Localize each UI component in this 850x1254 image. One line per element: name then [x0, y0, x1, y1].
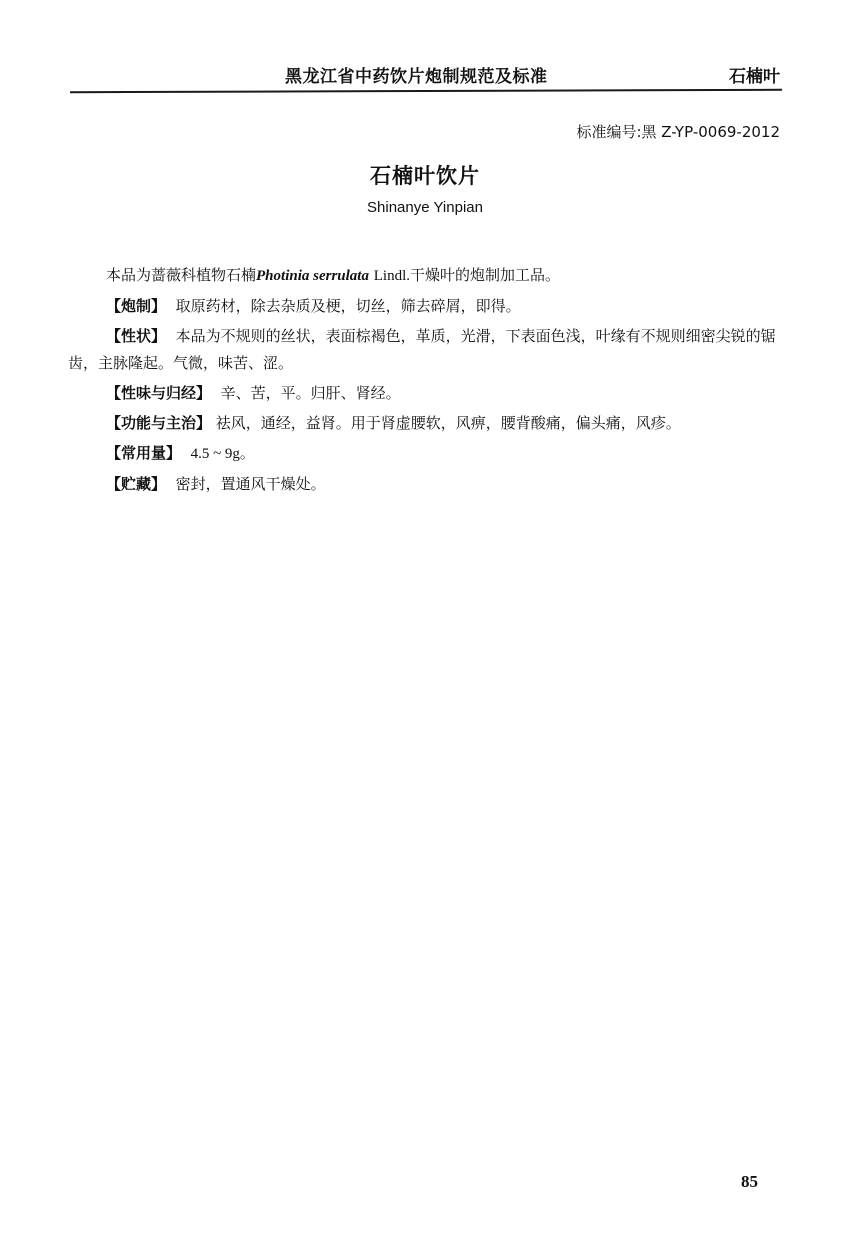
- section-dosage: 【常用量】 4.5 ~ 9g。: [68, 440, 784, 468]
- section-label: 【性状】: [106, 327, 166, 345]
- section-label: 【炮制】: [106, 297, 166, 315]
- monograph-body: 本品为蔷薇科植物石楠Photinia serrulata Lindl.干燥叶的炮…: [68, 262, 784, 501]
- section-title: 石楠叶: [729, 62, 780, 87]
- section-label: 【性味与归经】: [106, 384, 211, 402]
- section-processing: 【炮制】 取原药材，除去杂质及梗，切丝，筛去碎屑，即得。: [68, 293, 784, 320]
- book-title: 黑龙江省中药饮片炮制规范及标准: [285, 62, 548, 87]
- page-subtitle-pinyin: Shinanye Yinpian: [0, 199, 850, 216]
- section-label: 【常用量】: [106, 444, 181, 462]
- section-label: 【功能与主治】: [106, 414, 211, 432]
- section-text: 辛、苦，平。归肝、肾经。: [221, 384, 401, 402]
- intro-paragraph: 本品为蔷薇科植物石楠Photinia serrulata Lindl.干燥叶的炮…: [68, 262, 784, 290]
- standard-number: 标准编号:黑 Z-YP-0069-2012: [576, 121, 780, 142]
- section-text: 本品为不规则的丝状，表面棕褐色，革质，光滑，下表面色浅，叶缘有不规则细密尖锐的锯…: [68, 327, 776, 372]
- intro-suffix: 干燥叶的炮制加工品。: [410, 266, 560, 284]
- running-header: 黑龙江省中药饮片炮制规范及标准 石楠叶: [70, 60, 782, 90]
- section-storage: 【贮藏】 密封，置通风干燥处。: [68, 471, 784, 498]
- section-text: 取原药材，除去杂质及梗，切丝，筛去碎屑，即得。: [176, 297, 521, 315]
- section-label: 【贮藏】: [106, 475, 166, 493]
- latin-name: Photinia serrulata: [256, 268, 369, 284]
- page-number: 85: [741, 1172, 758, 1192]
- page-title: 石楠叶饮片: [0, 160, 850, 190]
- intro-prefix: 本品为蔷薇科植物石楠: [106, 266, 256, 284]
- section-text: 密封，置通风干燥处。: [176, 475, 326, 493]
- section-description: 【性状】 本品为不规则的丝状，表面棕褐色，革质，光滑，下表面色浅，叶缘有不规则细…: [68, 323, 784, 377]
- author-citation: Lindl.: [374, 268, 410, 284]
- section-text: 祛风，通经，益肾。用于肾虚腰软，风痹，腰背酸痛，偏头痛，风疹。: [216, 414, 681, 432]
- section-function-indication: 【功能与主治】 祛风，通经，益肾。用于肾虚腰软，风痹，腰背酸痛，偏头痛，风疹。: [68, 410, 784, 437]
- section-nature-meridian: 【性味与归经】 辛、苦，平。归肝、肾经。: [68, 380, 784, 407]
- section-text: 4.5 ~ 9g。: [191, 446, 255, 462]
